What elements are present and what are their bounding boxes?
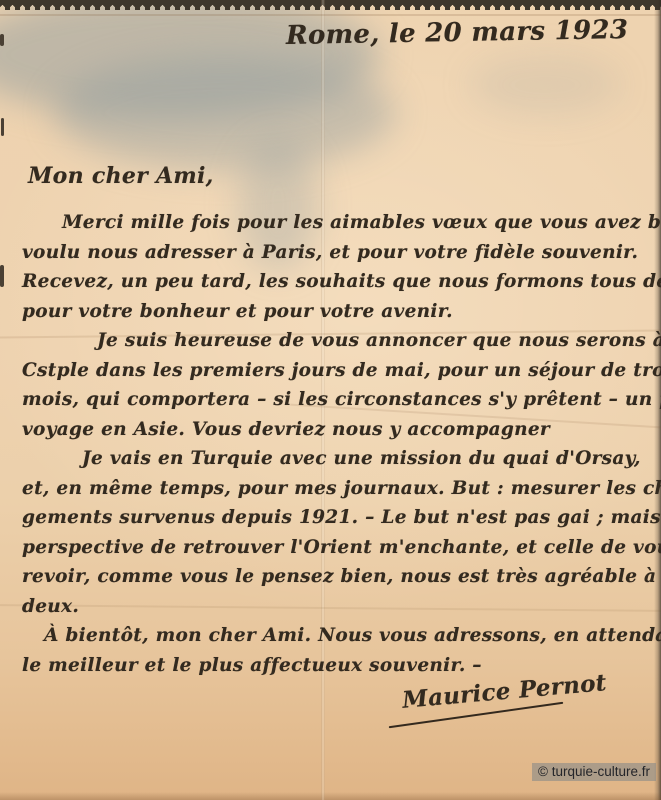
letter-body: Merci mille fois pour les aimables vœux … [22,208,642,680]
scanned-letter-page: Rome, le 20 mars 1923 Mon cher Ami, Merc… [0,0,661,800]
letter-line: Recevez, un peu tard, les souhaits que n… [22,267,642,297]
ink-stain-top-left-2 [55,55,395,170]
letter-line: À bientôt, mon cher Ami. Nous vous adres… [22,621,642,651]
letter-line: gements survenus depuis 1921. – Le but n… [22,503,642,533]
edge-speck [1,118,4,136]
letter-salutation: Mon cher Ami, [28,163,214,189]
letter-line: revoir, comme vous le pensez bien, nous … [22,562,642,592]
letter-line: voulu nous adresser à Paris, et pour vot… [22,238,642,268]
letter-line: deux. [22,592,642,622]
edge-speck [0,265,4,287]
torn-top-edge-perforation [0,5,661,10]
edge-speck [0,34,4,46]
letter-line: Je suis heureuse de vous annoncer que no… [22,326,642,356]
letter-line: Je vais en Turquie avec une mission du q… [22,444,642,474]
letter-line: voyage en Asie. Vous devriez nous y acco… [22,415,642,445]
scan-shadow-bottom-edge [0,792,661,800]
letter-line: et, en même temps, pour mes journaux. Bu… [22,474,642,504]
letter-line: perspective de retrouver l'Orient m'ench… [22,533,642,563]
letter-line: Cstple dans les premiers jours de mai, p… [22,356,642,386]
ink-stain-faint-right [470,55,620,115]
letter-dateline: Rome, le 20 mars 1923 [286,15,629,51]
watermark-badge: © turquie-culture.fr [532,763,656,781]
letter-line: Merci mille fois pour les aimables vœux … [22,208,642,238]
letter-line: pour votre bonheur et pour votre avenir. [22,297,642,327]
letter-line: mois, qui comportera – si les circonstan… [22,385,642,415]
